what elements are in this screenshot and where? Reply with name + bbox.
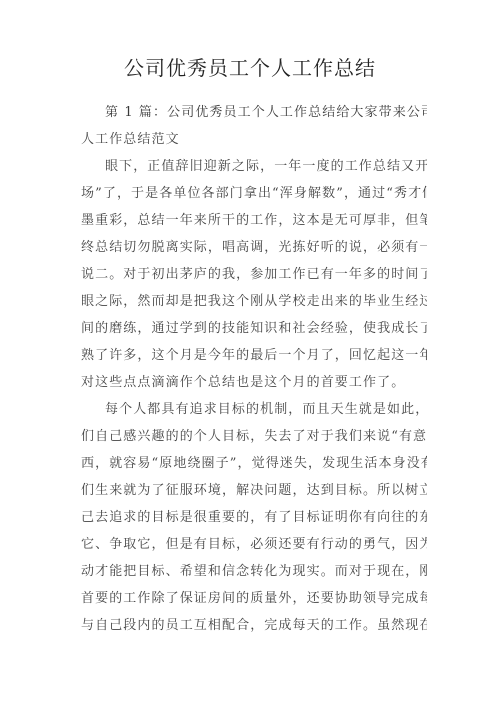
paragraph-1-line-1: 眼下，正值辞旧迎新之际，一年一度的工作总结又开始“粉墨登 <box>81 153 427 180</box>
document-page: 公司优秀员工个人工作总结 第 1 篇：公司优秀员工个人工作总结给大家带来公司优秀… <box>0 0 500 707</box>
paragraph-2-line-8: 首要的工作除了保证房间的质量外，还要协助领导完成每一项工作， <box>81 585 427 612</box>
paragraph-2-line-7: 动才能把目标、希望和信念转化为现实。而对于现在，刚刚转正的我， <box>81 558 427 585</box>
paragraph-1-line-2: 场”了，于是各单位各部门拿出“浑身解数”，通过“秀才们”的浓 <box>81 180 427 207</box>
paragraph-2-line-1: 每个人都具有追求目标的机制，而且天生就是如此，一旦失去我 <box>81 396 427 423</box>
section-heading-line-2: 人工作总结范文 <box>81 126 427 153</box>
paragraph-1-line-9: 对这些点点滴滴作个总结也是这个月的首要工作了。 <box>81 369 427 396</box>
paragraph-2-line-3: 西，就容易“原地绕圈子”，觉得迷失，发现生活本身没有目标，我 <box>81 450 427 477</box>
section-heading-line-1: 第 1 篇：公司优秀员工个人工作总结给大家带来公司优秀员工个 <box>81 99 427 126</box>
paragraph-1-line-6: 眼之际，然而却是把我这个刚从学校走出来的毕业生经过这一年多时 <box>81 288 427 315</box>
document-title: 公司优秀员工个人工作总结 <box>0 52 500 81</box>
paragraph-1-line-4: 终总结切勿脱离实际，唱高调，光拣好听的说，必须有一说一，有二 <box>81 234 427 261</box>
paragraph-1-line-7: 间的磨练，通过学到的技能知识和社会经验，使我成长了许多，也成 <box>81 315 427 342</box>
paragraph-2-line-4: 们生来就为了征服环境，解决问题，达到目标。所以树立一个值得自 <box>81 477 427 504</box>
document-body: 第 1 篇：公司优秀员工个人工作总结给大家带来公司优秀员工个 人工作总结范文 眼… <box>81 99 427 639</box>
paragraph-2-line-6: 它、争取它，但是有目标，必须还要有行动的勇气，因为只有通过行 <box>81 531 427 558</box>
paragraph-2-line-2: 们自己感兴趣的的个人目标，失去了对于我们来说“有意义”的东 <box>81 423 427 450</box>
paragraph-1-line-5: 说二。对于初出茅庐的我，参加工作已有一年多的时间了，感觉是眨 <box>81 261 427 288</box>
paragraph-2-line-5: 己去追求的目标是很重要的，有了目标证明你有向往的东西，你期待 <box>81 504 427 531</box>
paragraph-1-line-8: 熟了许多，这个月是今年的最后一个月了，回忆起这一年的点点滴滴， <box>81 342 427 369</box>
paragraph-2-line-9: 与自己段内的员工互相配合，完成每天的工作。虽然现在是刚起步， <box>81 612 427 639</box>
paragraph-1-line-3: 墨重彩，总结一年来所干的工作，这本是无可厚非，但笔者认为，年 <box>81 207 427 234</box>
